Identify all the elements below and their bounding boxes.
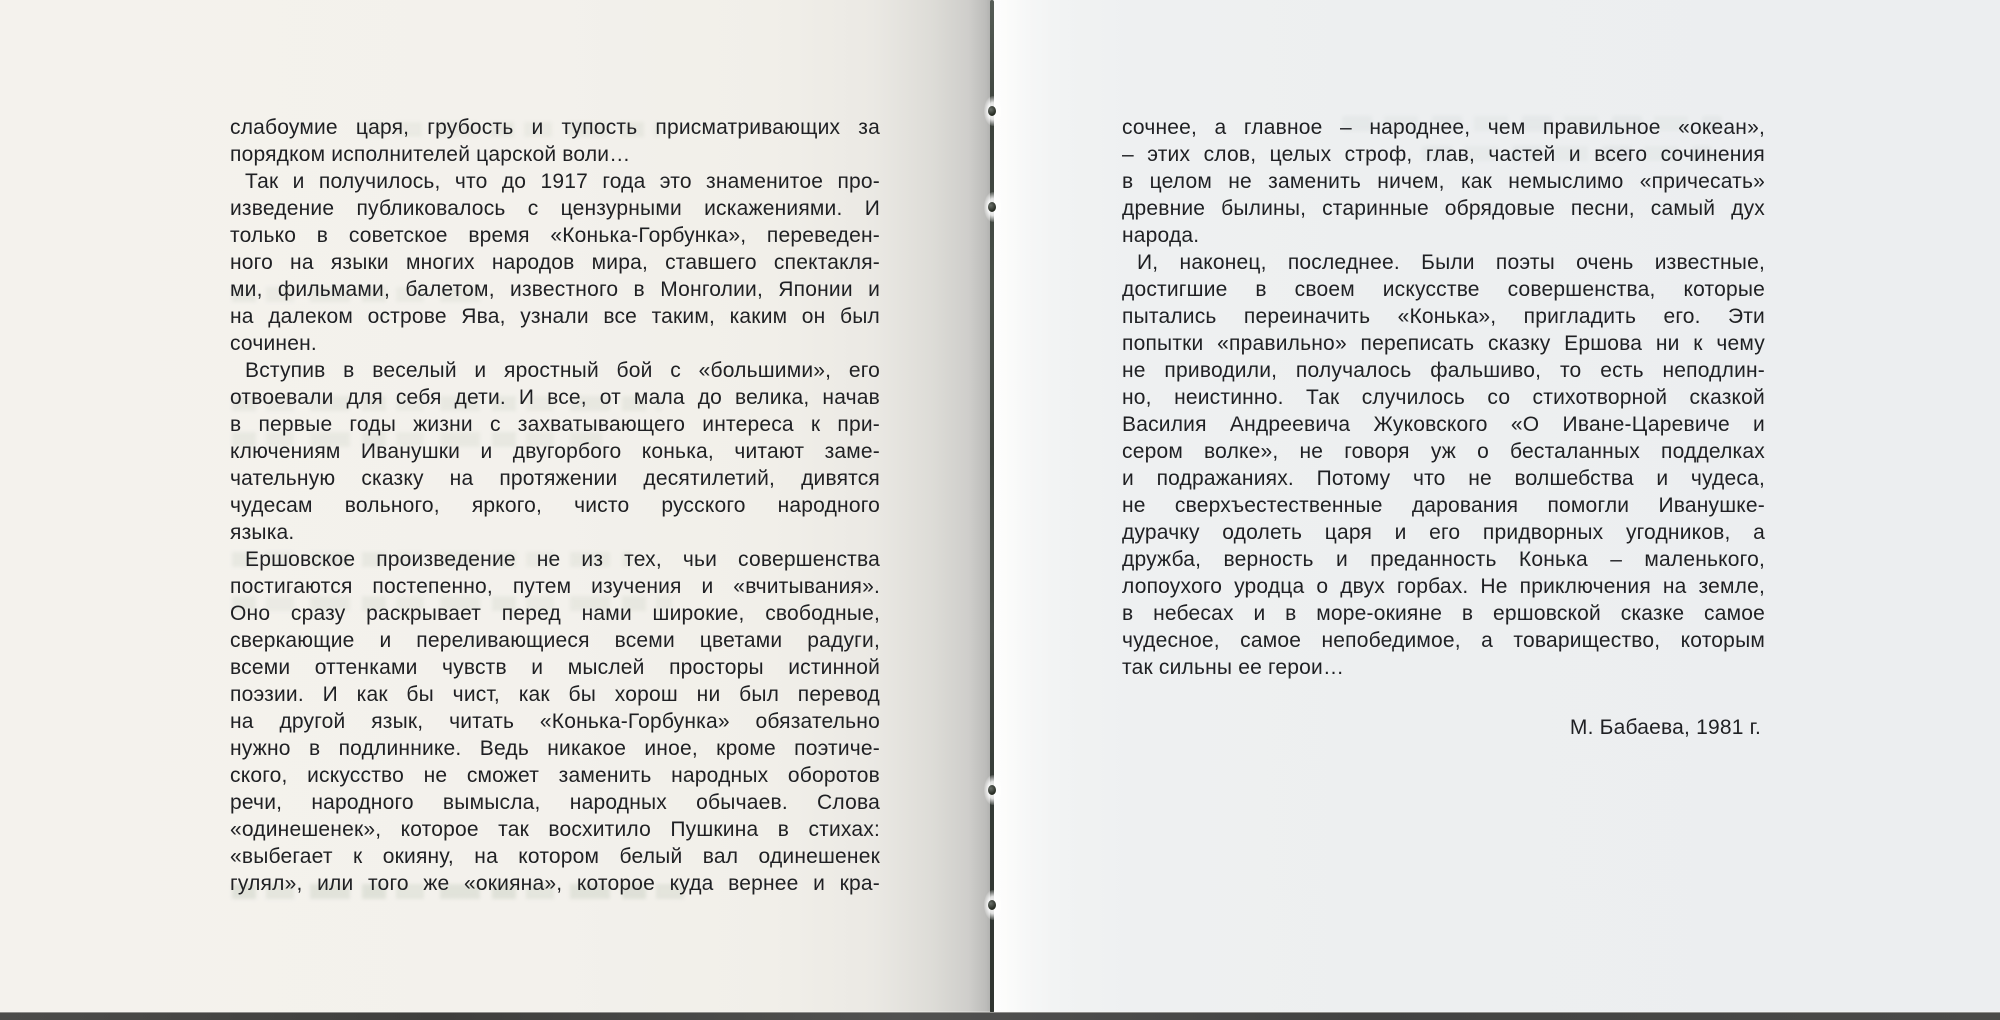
stitch-knot — [984, 192, 1002, 222]
thread-bead — [988, 202, 996, 212]
text-line: чудесное, самое непобедимое, а товарищес… — [1122, 627, 1765, 654]
text-line: Ершовское произведение не из тех, чьи со… — [230, 546, 880, 573]
text-line: отвоевали для себя дети. И все, от мала … — [230, 384, 880, 411]
text-line: сочнее, а главное – народнее, чем правил… — [1122, 114, 1765, 141]
stitch-knot — [984, 96, 1002, 126]
text-line: «выбегает к окияну, на котором белый вал… — [230, 843, 880, 870]
text-line: только в советское время «Конька-Горбунк… — [230, 222, 880, 249]
text-line: народа. — [1122, 222, 1765, 249]
right-page-paragraphs: сочнее, а главное – народнее, чем правил… — [1122, 114, 1765, 681]
text-line: языка. — [230, 519, 880, 546]
text-line: сочинен. — [230, 330, 880, 357]
thread-bead — [988, 106, 996, 116]
text-line: всеми оттенками чувств и мыслей просторы… — [230, 654, 880, 681]
binding-thread — [990, 0, 994, 1013]
text-line: И, наконец, последнее. Были поэты очень … — [1122, 249, 1765, 276]
text-line: нужно в подлиннике. Ведь никакое иное, к… — [230, 735, 880, 762]
text-line: слабоумие царя, грубость и тупость присм… — [230, 114, 880, 141]
text-line: ми, фильмами, балетом, известного в Монг… — [230, 276, 880, 303]
text-line: изведение публиковалось с цензурными иск… — [230, 195, 880, 222]
stitch-knot — [984, 890, 1002, 920]
text-line: так сильны ее герои… — [1122, 654, 1765, 681]
text-line: – этих слов, целых строф, глав, частей и… — [1122, 141, 1765, 168]
thread-bead — [988, 900, 996, 910]
text-line: порядком исполнителей царской воли… — [230, 141, 880, 168]
paragraph: И, наконец, последнее. Были поэты очень … — [1122, 249, 1765, 681]
text-line: попытки «правильно» переписать сказку Ер… — [1122, 330, 1765, 357]
right-page-text-column: сочнее, а главное – народнее, чем правил… — [1122, 114, 1765, 741]
book-spread: слабоумие царя, грубость и тупость присм… — [0, 0, 2000, 1020]
text-line: лопоухого уродца о двух горбах. Не прикл… — [1122, 573, 1765, 600]
paragraph: Вступив в веселый и яростный бой с «боль… — [230, 357, 880, 546]
text-line: в целом не заменить ничем, как немыслимо… — [1122, 168, 1765, 195]
text-line: ного на языки многих народов мира, ставш… — [230, 249, 880, 276]
text-line: сером волке», не говоря уж о бесталанных… — [1122, 438, 1765, 465]
text-line: но, неистинно. Так случилось со стихотво… — [1122, 384, 1765, 411]
text-line: речи, народного вымысла, народных обычае… — [230, 789, 880, 816]
right-page: сочнее, а главное – народнее, чем правил… — [992, 0, 2000, 1013]
left-page: слабоумие царя, грубость и тупость присм… — [0, 0, 992, 1013]
text-line: чательную сказку на протяжении десятилет… — [230, 465, 880, 492]
text-line: на далеком острове Ява, узнали все таким… — [230, 303, 880, 330]
left-page-text-column: слабоумие царя, грубость и тупость присм… — [230, 114, 880, 897]
text-line: достигшие в своем искусстве совершенства… — [1122, 276, 1765, 303]
text-line: пытались переиначить «Конька», пригладит… — [1122, 303, 1765, 330]
scan-bottom-edge — [0, 1012, 2000, 1020]
text-line: дружба, верность и преданность Конька – … — [1122, 546, 1765, 573]
thread-bead — [988, 785, 996, 795]
text-line: Василия Андреевича Жуковского «О Иване-Ц… — [1122, 411, 1765, 438]
text-line: ключениям Иванушки и двугорбого конька, … — [230, 438, 880, 465]
text-line: и подражаниях. Потому что не волшебства … — [1122, 465, 1765, 492]
paragraph: Так и получилось, что до 1917 года это з… — [230, 168, 880, 357]
text-line: на другой язык, читать «Конька-Горбунка»… — [230, 708, 880, 735]
text-line: Вступив в веселый и яростный бой с «боль… — [230, 357, 880, 384]
text-line: поэзии. И как бы чист, как бы хорош ни б… — [230, 681, 880, 708]
stitch-knot — [984, 775, 1002, 805]
text-line: постигаются постепенно, путем изучения и… — [230, 573, 880, 600]
text-line: чудесам вольного, яркого, чисто русского… — [230, 492, 880, 519]
text-line: не сверхъестественные дарования помогли … — [1122, 492, 1765, 519]
text-line: «одинешенек», которое так восхитило Пушк… — [230, 816, 880, 843]
text-line: не приводили, получалось фальшиво, то ес… — [1122, 357, 1765, 384]
paragraph: сочнее, а главное – народнее, чем правил… — [1122, 114, 1765, 249]
text-line: дурачку одолеть царя и его придворных уг… — [1122, 519, 1765, 546]
text-line: в небесах и в море-окияне в ершовской ск… — [1122, 600, 1765, 627]
text-line: сверкающие и переливающиеся всеми цветам… — [230, 627, 880, 654]
text-line: ского, искусство не сможет заменить наро… — [230, 762, 880, 789]
text-line: гулял», или того же «окияна», которое ку… — [230, 870, 880, 897]
text-line: древние былины, старинные обрядовые песн… — [1122, 195, 1765, 222]
text-line: Оно сразу раскрывает перед нами широкие,… — [230, 600, 880, 627]
text-line: в первые годы жизни с захватывающего инт… — [230, 411, 880, 438]
text-line: Так и получилось, что до 1917 года это з… — [230, 168, 880, 195]
paragraph: Ершовское произведение не из тех, чьи со… — [230, 546, 880, 897]
author-signature: М. Бабаева, 1981 г. — [1122, 714, 1765, 741]
paragraph: слабоумие царя, грубость и тупость присм… — [230, 114, 880, 168]
